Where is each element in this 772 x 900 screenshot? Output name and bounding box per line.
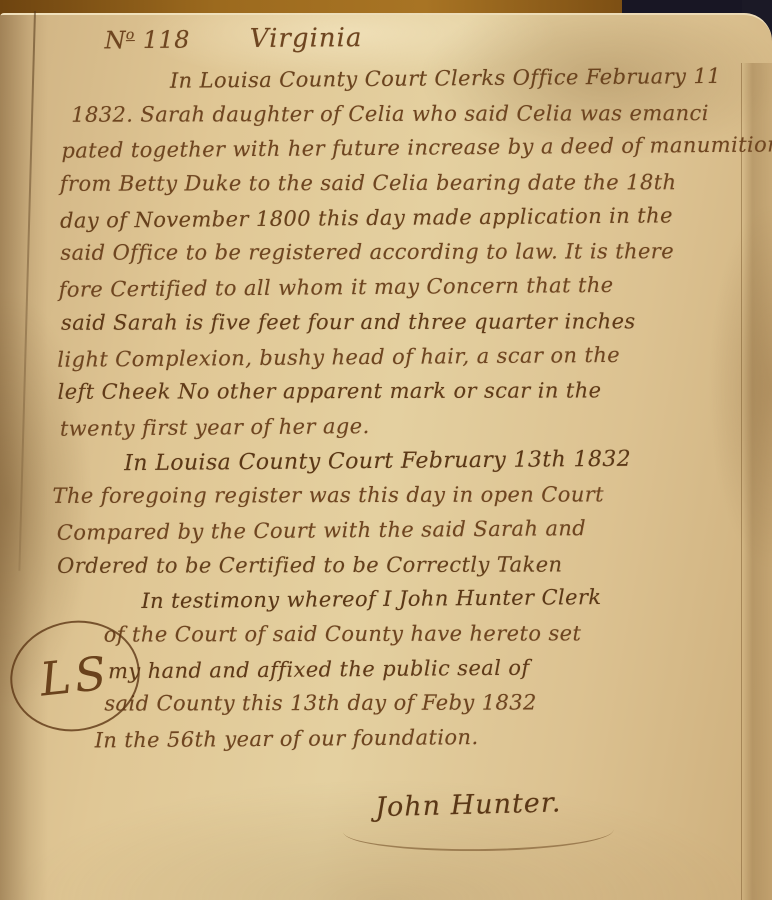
manuscript-line: Compared by the Court with the said Sara… — [0, 515, 745, 556]
signature-john-hunter: John Hunter. — [375, 782, 748, 823]
seal-label: LS — [37, 645, 112, 706]
record-number: No 118 — [104, 26, 190, 55]
manuscript-line: In testimony whereof I John Hunter Clerk — [83, 584, 745, 624]
record-number-prefix: N — [104, 26, 126, 54]
manuscript-page: No 118 Virginia In Louisa County Court C… — [0, 13, 772, 900]
manuscript-line: of the Court of said County have hereto … — [46, 621, 746, 658]
photograph-of-record-book: No 118 Virginia In Louisa County Court C… — [0, 0, 772, 900]
manuscript-line: In Louisa County Court Clerks Office Feb… — [112, 64, 741, 104]
manuscript-line: In the 56th year of our foundation. — [37, 723, 747, 764]
manuscript-line: 1832. Sarah daughter of Celia who said C… — [13, 101, 741, 138]
manuscript-line: said Sarah is five feet four and three q… — [3, 309, 743, 346]
manuscript-line: said Office to be registered according t… — [2, 239, 742, 276]
manuscript-line: left Cheek No other apparent mark or sca… — [0, 378, 744, 415]
manuscript-line: day of November 1800 this day made appli… — [2, 203, 742, 244]
manuscript-line: The foregoing register was this day in o… — [0, 482, 745, 519]
manuscript-line: light Complexion, bushy head of hair, a … — [0, 341, 743, 382]
manuscript-line: my hand and affixed the public seal of — [50, 653, 746, 694]
manuscript-line: from Betty Duke to the said Celia bearin… — [2, 170, 742, 207]
state-heading: Virginia — [250, 23, 363, 54]
record-header: No 118 Virginia — [0, 20, 741, 70]
record-number-value: 118 — [143, 26, 190, 54]
manuscript-line: pated together with her future increase … — [3, 133, 741, 174]
manuscript-line: In Louisa County Court February 13th 183… — [66, 445, 744, 486]
manuscript-line: said County this 13th day of Feby 1832 — [46, 690, 746, 727]
record-number-ordinal: o — [126, 27, 135, 43]
handwritten-content: No 118 Virginia In Louisa County Court C… — [0, 20, 748, 855]
manuscript-line: fore Certified to all whom it may Concer… — [1, 272, 743, 313]
manuscript-line: Ordered to be Certified to be Correctly … — [0, 552, 745, 589]
